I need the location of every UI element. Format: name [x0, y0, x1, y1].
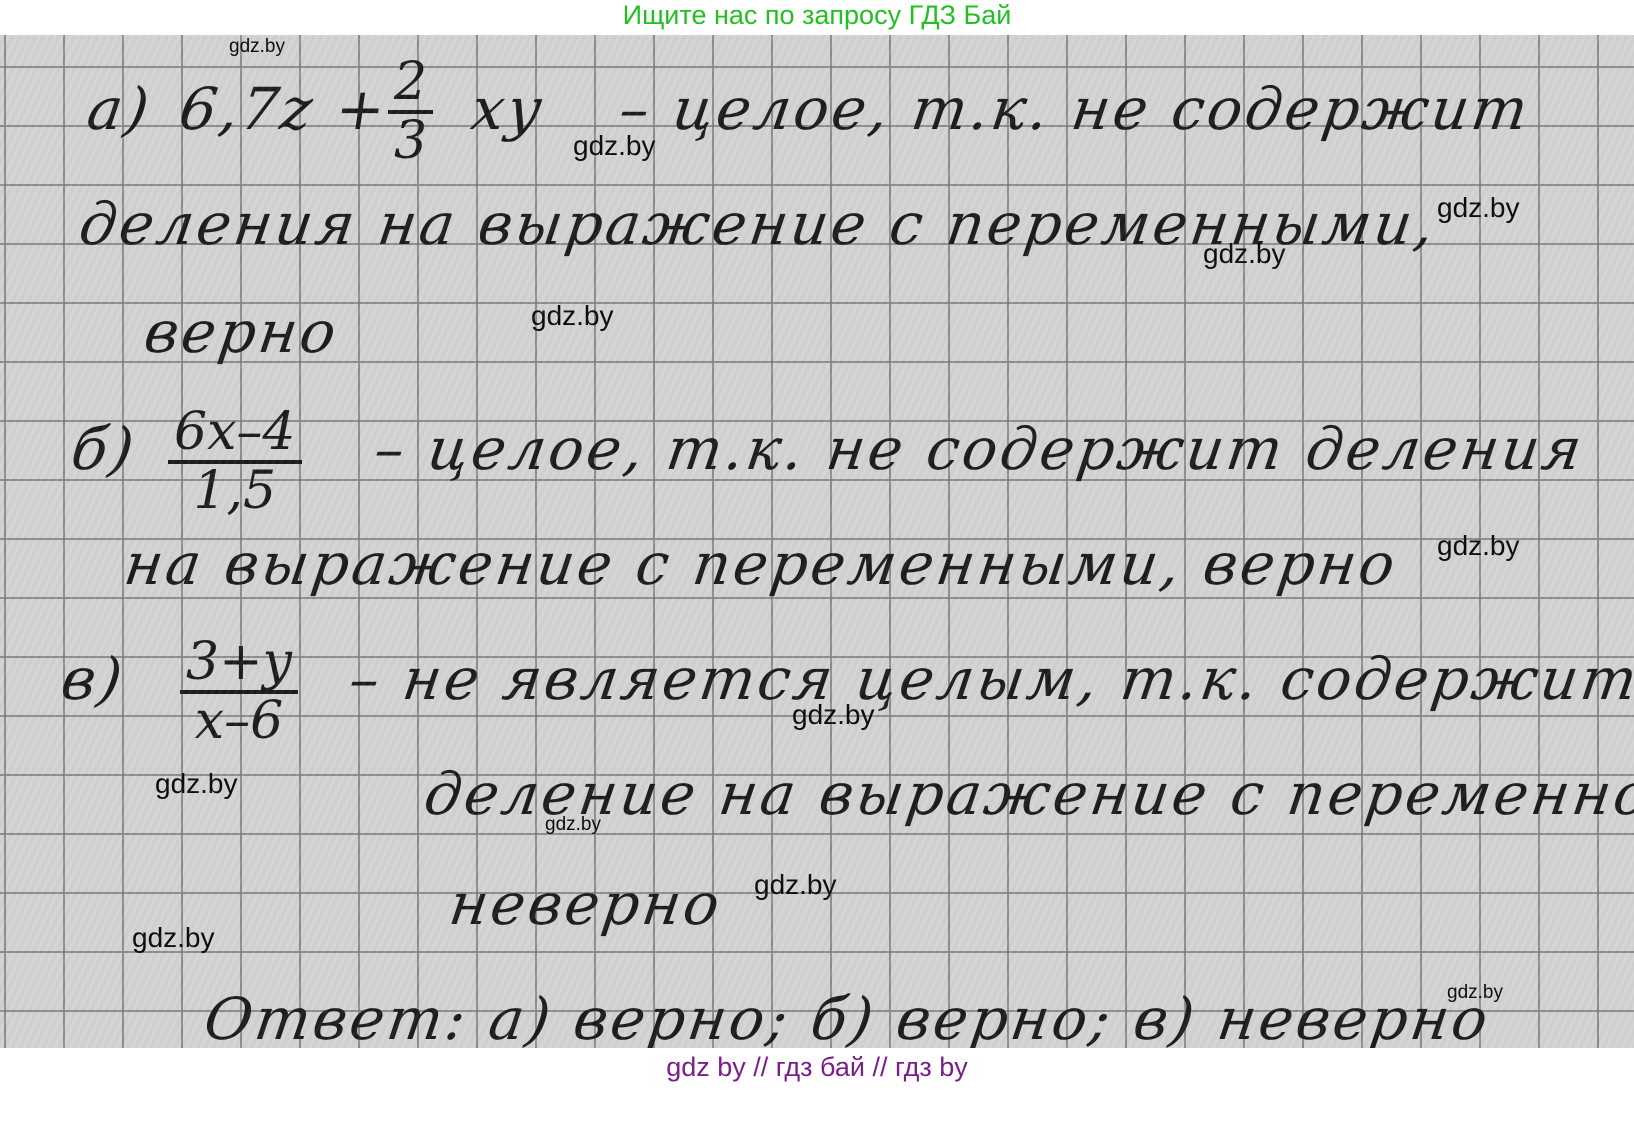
- fraction-numerator: 2: [388, 55, 433, 114]
- part-a-line-3: верно: [141, 303, 342, 361]
- part-b-line-2: на выражение с переменными, верно: [121, 535, 1401, 593]
- fraction-numerator: 6x–4: [168, 405, 302, 464]
- watermark: gdz.by: [754, 871, 837, 899]
- watermark: gdz.by: [132, 924, 215, 952]
- footer-links[interactable]: gdz by // гдз бай // гдз by: [0, 1048, 1634, 1126]
- watermark: gdz.by: [1203, 240, 1286, 268]
- part-b-label: б): [68, 420, 140, 478]
- part-b-line-1: – целое, т.к. не содержит деления: [371, 420, 1588, 478]
- fraction-numerator: 3+y: [180, 635, 298, 694]
- part-v-label: в): [58, 650, 129, 708]
- watermark: gdz.by: [1437, 194, 1520, 222]
- watermark: gdz.by: [792, 701, 875, 729]
- part-b-fraction: 6x–4 1,5: [168, 405, 302, 518]
- watermark: gdz.by: [229, 37, 285, 56]
- answer-line: Ответ: а) верно; б) верно; в) неверно: [201, 990, 1494, 1048]
- fraction-denominator: x–6: [195, 694, 283, 749]
- part-a-expression-end: xy: [468, 80, 548, 138]
- part-a-line-1: – целое, т.к. не содержит: [616, 80, 1534, 138]
- part-a-expression-start: 6,7z +: [176, 80, 392, 138]
- watermark: gdz.by: [155, 770, 238, 798]
- watermark: gdz.by: [545, 815, 601, 834]
- watermark: gdz.by: [573, 132, 656, 160]
- part-v-line-3: неверно: [446, 875, 726, 933]
- fraction-denominator: 1,5: [193, 464, 276, 519]
- part-a-label: а): [84, 80, 155, 138]
- watermark: gdz.by: [1447, 983, 1503, 1002]
- watermark: gdz.by: [531, 302, 614, 330]
- part-v-fraction: 3+y x–6: [180, 635, 298, 748]
- fraction-denominator: 3: [394, 114, 427, 169]
- search-banner: Ищите нас по запросу ГДЗ Бай: [0, 0, 1634, 35]
- part-v-line-2: деление на выражение с переменной,: [421, 765, 1634, 823]
- notebook-page: а) 6,7z + 2 3 xy – целое, т.к. не содерж…: [0, 35, 1634, 1048]
- part-v-line-1: – не является целым, т.к. содержит: [346, 650, 1634, 708]
- part-a-fraction: 2 3: [388, 55, 433, 168]
- watermark: gdz.by: [1437, 532, 1520, 560]
